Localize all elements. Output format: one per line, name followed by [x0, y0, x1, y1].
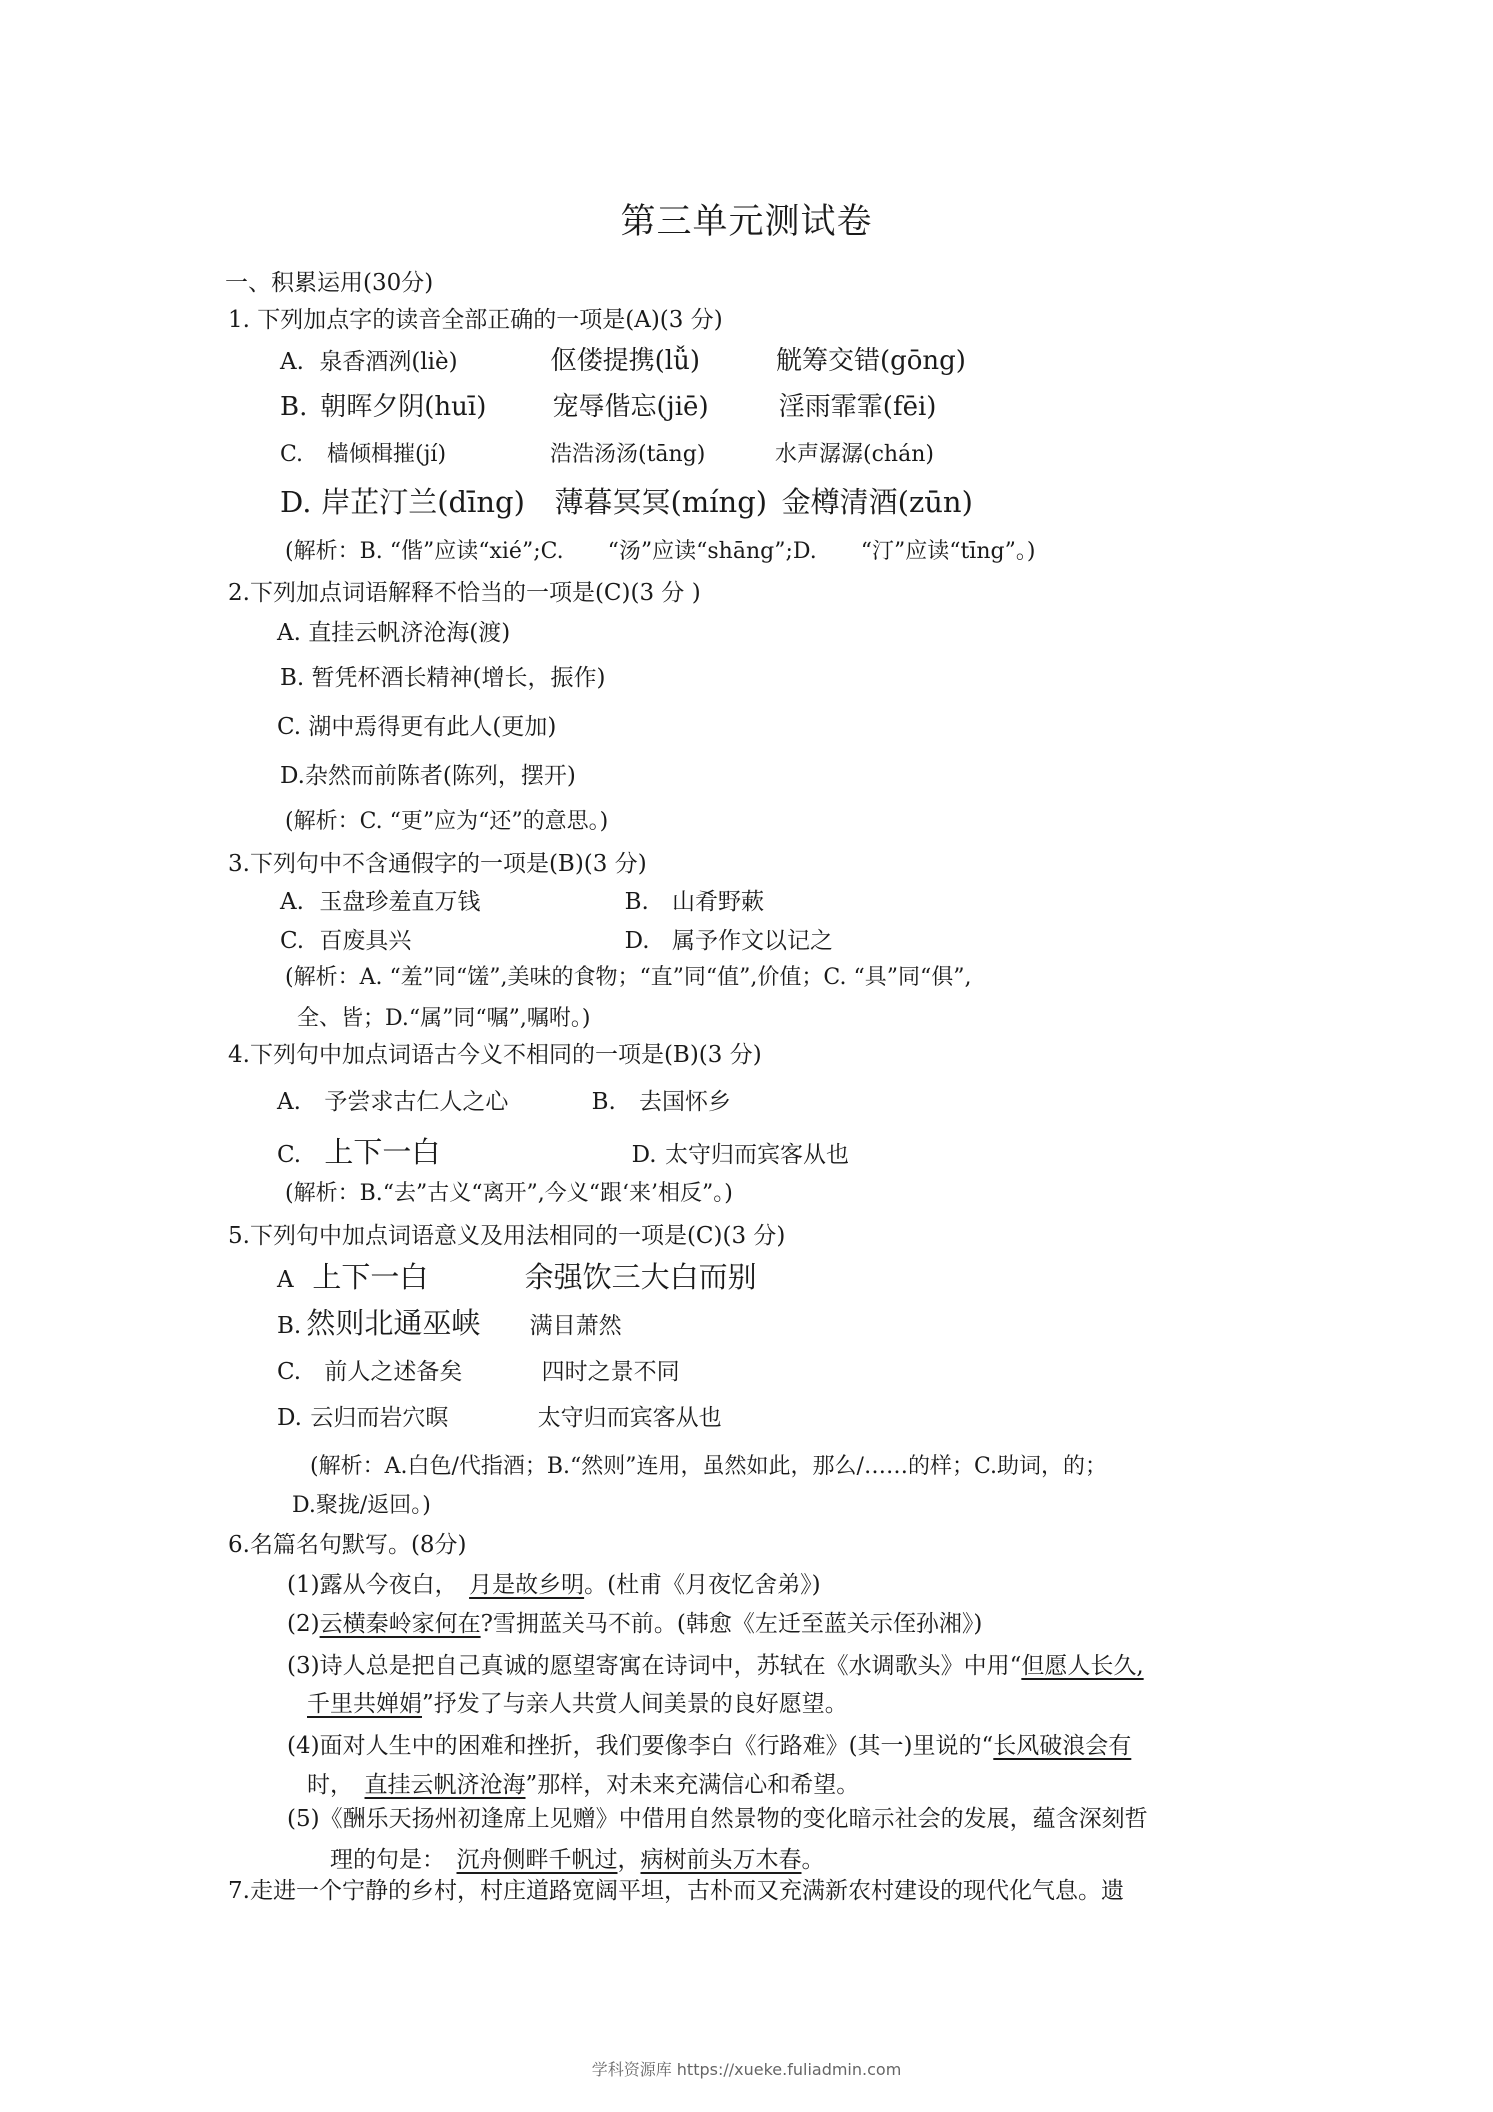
q6-item-3-line-1: (3)诗人总是把自己真诚的愿望寄寓在诗词中，苏轼在《水调歌头》中用“但愿人长久, — [287, 1655, 1144, 1678]
prompt-text: 时， — [307, 1772, 365, 1798]
option-text: 属予作文以记之 — [672, 930, 833, 953]
option-item: 薄暮冥冥(míng) — [554, 488, 772, 517]
prompt-text: ”抒发了与亲人共赏人间美景的良好愿望。 — [422, 1691, 848, 1717]
q6-item-2: (2)云横秦岭家何在?雪拥蓝关马不前。(韩愈《左迁至蓝关示侄孙湘》) — [287, 1613, 982, 1636]
prompt-text: (1)露从今夜白， — [287, 1572, 469, 1598]
option-label: C. — [277, 1144, 317, 1167]
question-3-stem: 3.下列句中不含通假字的一项是(B)(3 分) — [228, 853, 647, 876]
answer-text: 云横秦岭家何在 — [320, 1611, 481, 1637]
q4-explanation: (解析：B.“去”古义“离开”,今义“跟‘来’相反”。) — [285, 1183, 733, 1205]
q2-option-b: B. 暂凭杯酒长精神(增长，振作) — [280, 667, 605, 690]
answer-text: 病树前头万木春 — [641, 1847, 802, 1873]
prompt-text: ”那样，对未来充满信心和希望。 — [526, 1772, 860, 1798]
prompt-text: (4)面对人生中的困难和挫折，我们要像李白《行路难》(其一)里说的“ — [287, 1733, 993, 1759]
q3-options-row-1: A. 玉盘珍羞直万钱 B. 山肴野蔌 — [280, 891, 764, 914]
option-item: 樯倾楫摧(jí) — [327, 444, 543, 466]
punctuation: 。 — [802, 1847, 825, 1873]
answer-text: 但愿人长久, — [1021, 1653, 1143, 1679]
answer-text: 月是故乡明 — [469, 1572, 584, 1598]
q2-option-a: A. 直挂云帆济沧海(渡) — [277, 622, 510, 645]
option-label: D. — [632, 1144, 658, 1167]
option-text: 玉盘珍羞直万钱 — [319, 891, 617, 914]
q2-explanation: (解析：C. “更”应为“还”的意思。) — [285, 811, 608, 833]
question-2-stem: 2.下列加点词语解释不恰当的一项是(C)(3 分 ) — [228, 582, 701, 605]
option-right: 余强饮三大白而别 — [525, 1263, 757, 1292]
option-item: 浩浩汤汤(tāng) — [550, 444, 768, 466]
option-label: D. — [277, 1407, 303, 1430]
option-text: 山肴野蔌 — [672, 891, 764, 914]
answer-text: 长风破浪会有 — [993, 1733, 1131, 1759]
q3-explanation-line-2: 全、皆；D.“属”同“嘱”,嘱咐。) — [297, 1008, 590, 1030]
option-item: 泉香酒洌(liè) — [319, 351, 543, 374]
option-label: A. — [280, 351, 312, 374]
prompt-text: (2) — [287, 1611, 320, 1637]
option-text: 百废具兴 — [319, 930, 617, 953]
q5-explanation-line-1: (解析：A.白色/代指酒；B.“然则”连用，虽然如此，那么/……的样；C.助词，… — [310, 1456, 1107, 1478]
option-item: 金樽清酒(zūn) — [782, 488, 973, 517]
option-label: C. — [280, 930, 312, 953]
page-title: 第三单元测试卷 — [0, 205, 1493, 240]
q5-option-b: B. 然则北通巫峡 满目萧然 — [277, 1309, 622, 1338]
q5-explanation-line-2: D.聚拢/返回。) — [292, 1495, 431, 1517]
option-left: 前人之述备矣 — [324, 1361, 534, 1384]
option-left: 云归而岩穴暝 — [310, 1407, 530, 1430]
option-label: D. — [625, 930, 665, 953]
section-heading: 一、积累运用(30分) — [225, 272, 433, 295]
question-6-stem: 6.名篇名句默写。(8分) — [228, 1534, 467, 1557]
option-label: B. — [592, 1091, 632, 1114]
option-text: 予尝求古仁人之心 — [324, 1091, 584, 1114]
source-text: ?雪拥蓝关马不前。(韩愈《左迁至蓝关示侄孙湘》) — [481, 1611, 983, 1637]
question-4-stem: 4.下列句中加点词语古今义不相同的一项是(B)(3 分) — [228, 1044, 762, 1067]
option-item: 伛偻提携(lǚ) — [551, 348, 769, 374]
option-item: 朝晖夕阴(huī) — [320, 394, 544, 420]
punctuation: ， — [618, 1847, 641, 1873]
option-label: A. — [277, 1091, 317, 1114]
option-label: A — [277, 1269, 305, 1292]
q6-item-3-line-2: 千里共婵娟”抒发了与亲人共赏人间美景的良好愿望。 — [307, 1693, 848, 1716]
source-text: 。(杜甫《月夜忆舍弟》) — [584, 1572, 820, 1598]
q1-option-b: B. 朝晖夕阴(huī) 宠辱偕忘(jiē) 淫雨霏霏(fēi) — [280, 394, 936, 420]
option-item: 水声潺潺(chán) — [775, 444, 934, 466]
q1-option-c: C. 樯倾楫摧(jí) 浩浩汤汤(tāng) 水声潺潺(chán) — [280, 444, 934, 466]
option-label: C. — [277, 1361, 317, 1384]
question-7-stem: 7.走进一个宁静的乡村，村庄道路宽阔平坦，古朴而又充满新农村建设的现代化气息。遗 — [228, 1880, 1124, 1903]
option-left: 上下一白 — [312, 1263, 517, 1292]
option-label: B. — [277, 1315, 299, 1338]
q1-option-a: A. 泉香酒洌(liè) 伛偻提携(lǚ) 觥筹交错(gōng) — [280, 348, 966, 374]
prompt-text: (3)诗人总是把自己真诚的愿望寄寓在诗词中，苏轼在《水调歌头》中用“ — [287, 1653, 1021, 1679]
q6-item-1: (1)露从今夜白， 月是故乡明。(杜甫《月夜忆舍弟》) — [287, 1574, 821, 1597]
option-right: 满目萧然 — [530, 1315, 622, 1338]
q1-option-d: D. 岸芷汀兰(dīng) 薄暮冥冥(míng) 金樽清酒(zūn) — [280, 488, 973, 517]
option-text: 上下一白 — [324, 1138, 624, 1167]
option-label: A. — [280, 891, 312, 914]
option-left: 然则北通巫峡 — [306, 1309, 522, 1338]
q3-options-row-2: C. 百废具兴 D. 属予作文以记之 — [280, 930, 833, 953]
q6-item-4-line-1: (4)面对人生中的困难和挫折，我们要像李白《行路难》(其一)里说的“长风破浪会有 — [287, 1735, 1131, 1758]
option-item: 淫雨霏霏(fēi) — [779, 394, 937, 420]
option-text: 太守归而宾客从也 — [665, 1144, 849, 1167]
q5-option-c: C. 前人之述备矣 四时之景不同 — [277, 1361, 680, 1384]
option-label: C. — [280, 444, 320, 466]
option-right: 太守归而宾客从也 — [538, 1407, 722, 1430]
prompt-text: 理的句是： — [330, 1847, 457, 1873]
q6-item-5-line-1: (5)《酬乐天扬州初逢席上见赠》中借用自然景物的变化暗示社会的发展，蕴含深刻哲 — [287, 1808, 1148, 1831]
answer-text: 千里共婵娟 — [307, 1691, 422, 1717]
q1-explanation: (解析：B. “偕”应读“xié”;C. “汤”应读“shāng”;D. “汀”… — [285, 541, 1035, 563]
q5-option-a: A 上下一白 余强饮三大白而别 — [277, 1263, 757, 1292]
option-label: B. — [280, 394, 312, 420]
q4-options-row-2: C. 上下一白 D. 太守归而宾客从也 — [277, 1138, 849, 1167]
q2-option-c: C. 湖中焉得更有此人(更加) — [277, 716, 556, 739]
q6-item-4-line-2: 时， 直挂云帆济沧海”那样，对未来充满信心和希望。 — [307, 1774, 859, 1797]
option-item: 岸芷汀兰(dīng) — [321, 488, 545, 517]
option-item: 宠辱偕忘(jiē) — [553, 394, 771, 420]
answer-text: 直挂云帆济沧海 — [365, 1772, 526, 1798]
footer-watermark: 学科资源库 https://xueke.fuliadmin.com — [0, 2062, 1493, 2078]
option-label: B. — [625, 891, 665, 914]
q6-item-5-line-2: 理的句是： 沉舟侧畔千帆过，病树前头万木春。 — [330, 1849, 825, 1872]
question-5-stem: 5.下列句中加点词语意义及用法相同的一项是(C)(3 分) — [228, 1225, 785, 1248]
q3-explanation-line-1: (解析：A. “羞”同“馐”,美味的食物；“直”同“值”,价值；C. “具”同“… — [285, 967, 971, 989]
option-item: 觥筹交错(gōng) — [776, 348, 966, 374]
question-1-stem: 1. 下列加点字的读音全部正确的一项是(A)(3 分) — [228, 309, 723, 332]
answer-text: 沉舟侧畔千帆过 — [457, 1847, 618, 1873]
option-right: 四时之景不同 — [542, 1361, 680, 1384]
option-label: D. — [280, 488, 312, 517]
q5-option-d: D. 云归而岩穴暝 太守归而宾客从也 — [277, 1407, 722, 1430]
q2-option-d: D.杂然而前陈者(陈列，摆开) — [280, 765, 576, 788]
q4-options-row-1: A. 予尝求古仁人之心 B. 去国怀乡 — [277, 1091, 731, 1114]
option-text: 去国怀乡 — [639, 1091, 731, 1114]
